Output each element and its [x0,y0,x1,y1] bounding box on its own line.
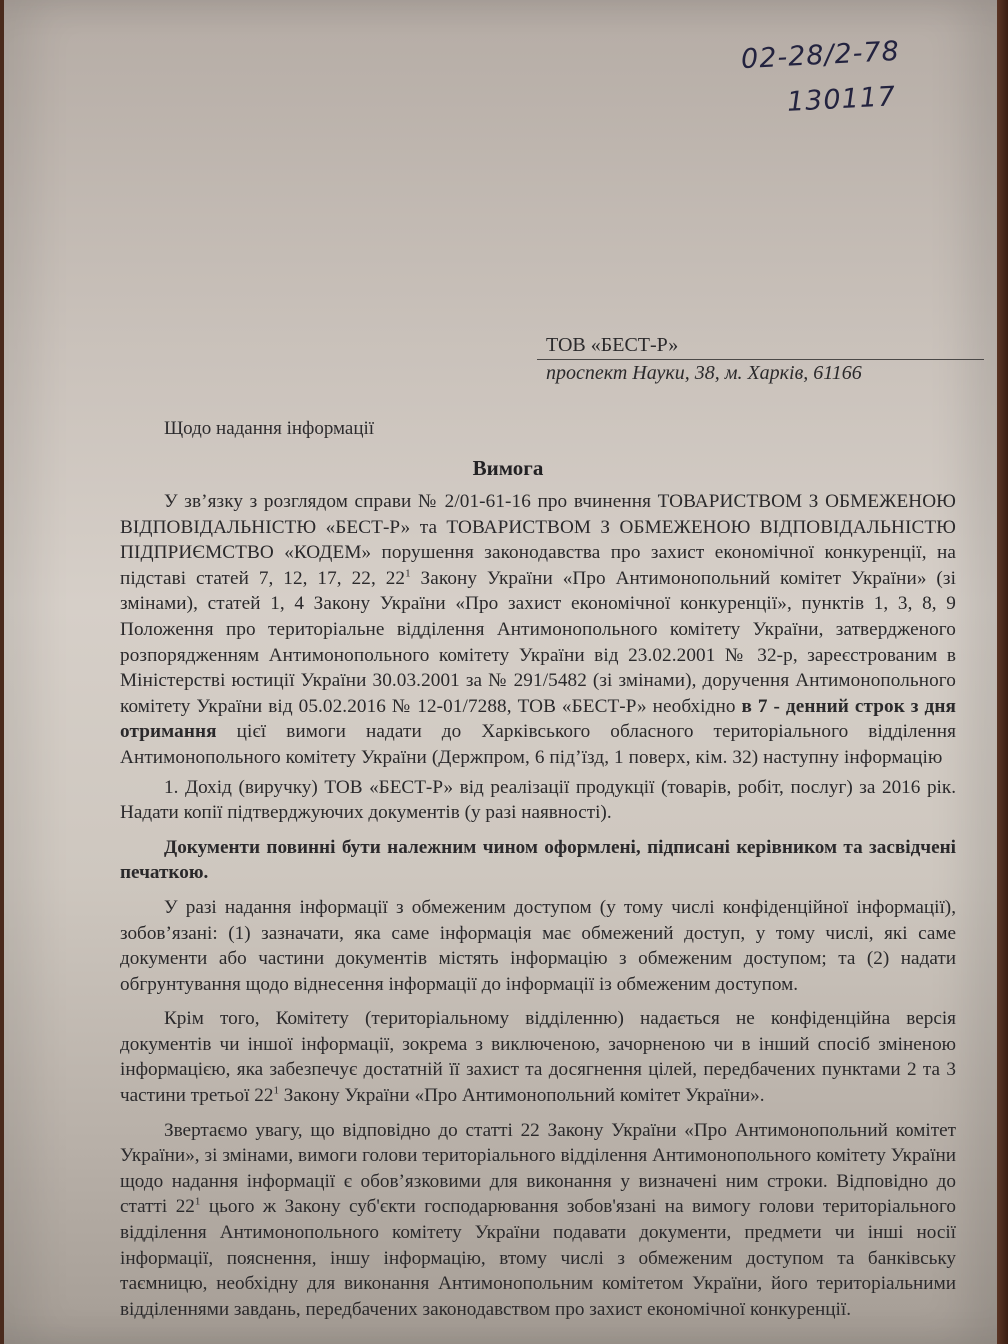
paragraph-basis: У зв’язку з розглядом справи № 2/01-61-1… [120,489,956,771]
handwritten-registration-number: 02-28/2-78 [740,36,900,75]
list-item-revenue: 1. Дохід (виручку) ТОВ «БЕСТ-Р» від реал… [120,775,956,826]
handwritten-registration-date: 130117 [786,81,897,118]
paragraph-nonconfidential-version: Крім того, Комітету (територіальному від… [120,1006,956,1108]
addressee-address: проспект Науки, 38, м. Харків, 61166 [544,362,984,385]
desk-surface-edge [997,0,1008,1344]
document-title: Вимога [4,456,1008,481]
document-page: 02-28/2-78 130117 ТОВ «БЕСТ-Р» проспект … [4,0,997,1344]
paragraph-documents-notice: Документи повинні бути належним чином оф… [120,835,956,886]
addressee-block: ТОВ «БЕСТ-Р» проспект Науки, 38, м. Харк… [544,334,984,385]
paragraph-restricted-info: У разі надання інформації з обмеженим до… [120,895,956,997]
paragraph-attention: Звертаємо увагу, що відповідно до статті… [120,1118,956,1323]
document-body: У зв’язку з розглядом справи № 2/01-61-1… [120,489,956,1331]
letter-subject: Щодо надання інформації [164,418,374,440]
addressee-name: ТОВ «БЕСТ-Р» [537,334,984,360]
